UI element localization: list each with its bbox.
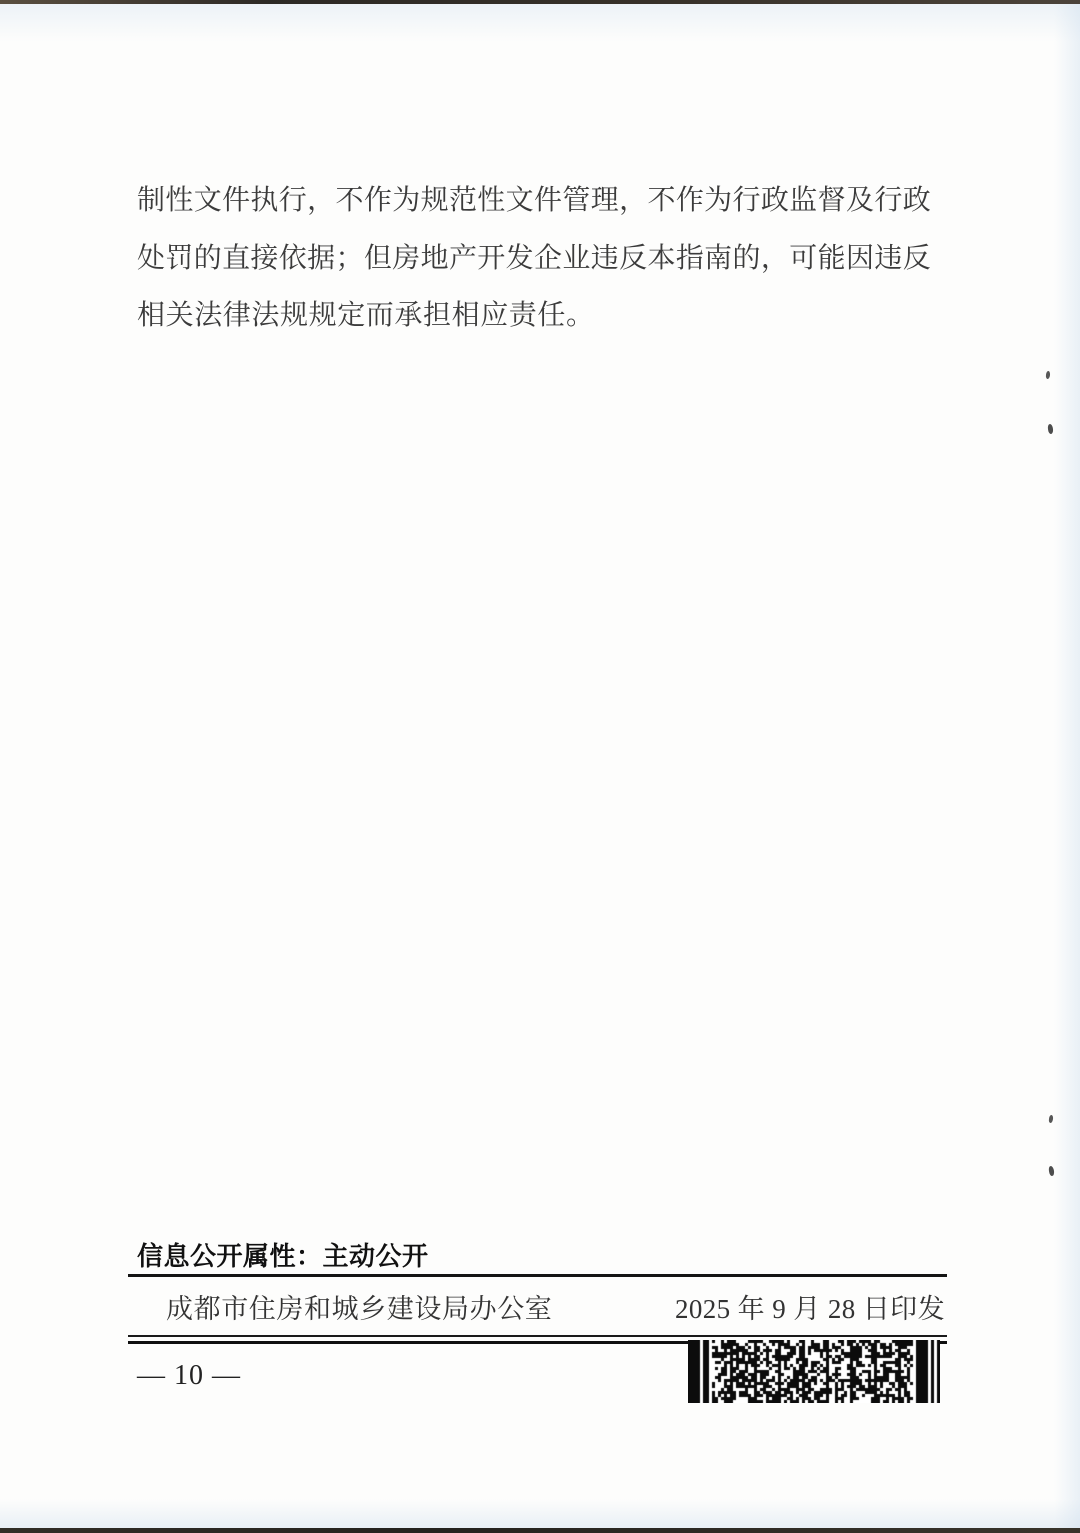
document-barcode-icon [688, 1340, 940, 1403]
issue-date: 2025 年 9 月 28 日印发 [675, 1287, 945, 1326]
body-line-3: 相关法律法规规定而承担相应责任。 [137, 287, 931, 345]
body-paragraph: 制性文件执行，不作为规范性文件管理，不作为行政监督及行政 处罚的直接依据；但房地… [137, 172, 931, 345]
scan-edge-top [0, 0, 1080, 4]
page-number: — 10 — [137, 1360, 241, 1392]
scan-speck [1045, 371, 1050, 379]
scan-edge-bottom [0, 1528, 1080, 1533]
issue-row: 成都市住房和城乡建设局办公室 2025 年 9 月 28 日印发 [128, 1277, 947, 1335]
scan-speck [1048, 1115, 1053, 1124]
document-colophon: 信息公开属性：主动公开 成都市住房和城乡建设局办公室 2025 年 9 月 28… [128, 1236, 947, 1344]
issuing-office: 成都市住房和城乡建设局办公室 [166, 1287, 552, 1326]
body-line-2: 处罚的直接依据；但房地产开发企业违反本指南的，可能因违反 [137, 230, 931, 288]
scan-speck [1048, 1166, 1054, 1177]
disclosure-attribute-label: 信息公开属性：主动公开 [128, 1236, 947, 1273]
scan-speck [1047, 424, 1053, 434]
scanned-document-page: 制性文件执行，不作为规范性文件管理，不作为行政监督及行政 处罚的直接依据；但房地… [0, 0, 1080, 1533]
body-line-1: 制性文件执行，不作为规范性文件管理，不作为行政监督及行政 [137, 172, 931, 230]
